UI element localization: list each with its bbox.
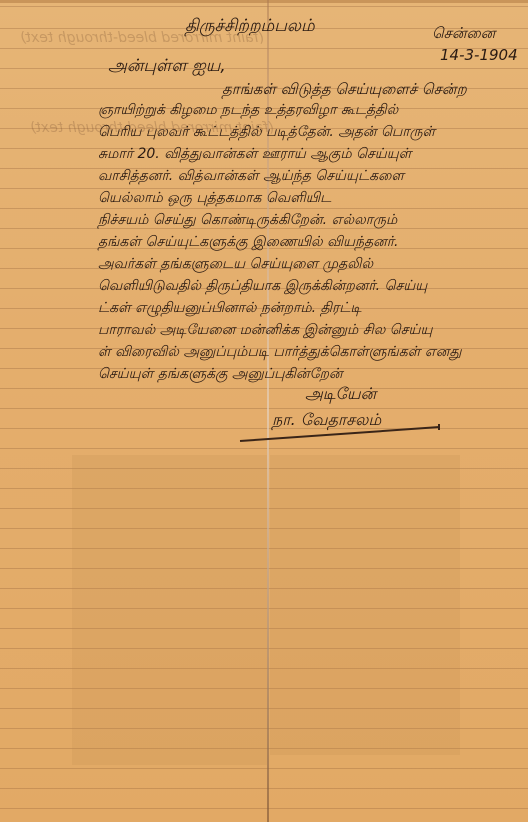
body-line: ஞாயிற்றுக் கிழமை நடந்த உத்தரவிழா கூடத்தி… [98, 102, 398, 120]
body-line: பெரிய புலவர் கூட்டத்தில் படித்தேன். அதன்… [98, 124, 435, 142]
paper-top-edge [0, 0, 528, 3]
body-line: பாராவல் அடியேனை மன்னிக்க இன்னும் சில செய… [98, 322, 432, 340]
body-line: வாசித்தனர். வித்வான்கள் ஆய்ந்த செய்யுட்க… [98, 168, 404, 186]
body-line: தங்கள் செய்யுட்களுக்கு இணையில் வியந்தனர்… [98, 234, 399, 252]
body-line: சுமார் 20. வித்துவான்கள் ஊராய் ஆகும் செய… [98, 146, 411, 164]
paper-stain [270, 455, 460, 755]
body-line: அவர்கள் தங்களுடைய செய்யுளை முதலில் [98, 256, 373, 274]
signature: நா. வேதாசலம் [272, 410, 381, 431]
signature-underline-tick [438, 424, 440, 430]
body-line: தாங்கள் விடுத்த செய்யுளைச் சென்ற [222, 80, 467, 100]
body-line: ட்கள் எழுதியனுப்பினால் நன்றாம். திரட்டி [98, 300, 361, 318]
body-line: ள் விரைவில் அனுப்பும்படி பார்த்துக்கொள்ள… [98, 344, 461, 362]
paper-stain [72, 455, 267, 765]
invocation-heading: திருச்சிற்றம்பலம் [185, 16, 315, 38]
body-line: வெளியிடுவதில் திருப்தியாக இருக்கின்றனர்.… [98, 278, 427, 296]
body-line: நிச்சயம் செய்து கொண்டிருக்கிறேன். எல்லார… [98, 212, 397, 230]
body-line: யெல்லாம் ஒரு புத்தகமாக வெளியிட [98, 190, 331, 208]
closing: அடியேன் [305, 384, 376, 405]
body-line: செய்யுள் தங்களுக்கு அனுப்புகின்றேன் [98, 366, 343, 384]
salutation: அன்புள்ள ஐய, [108, 56, 226, 78]
letter-place: சென்னை [432, 24, 495, 44]
letter-page: (faint mirrored bleed-through text) (fai… [0, 0, 528, 822]
letter-date: 14-3-1904 [440, 46, 518, 64]
